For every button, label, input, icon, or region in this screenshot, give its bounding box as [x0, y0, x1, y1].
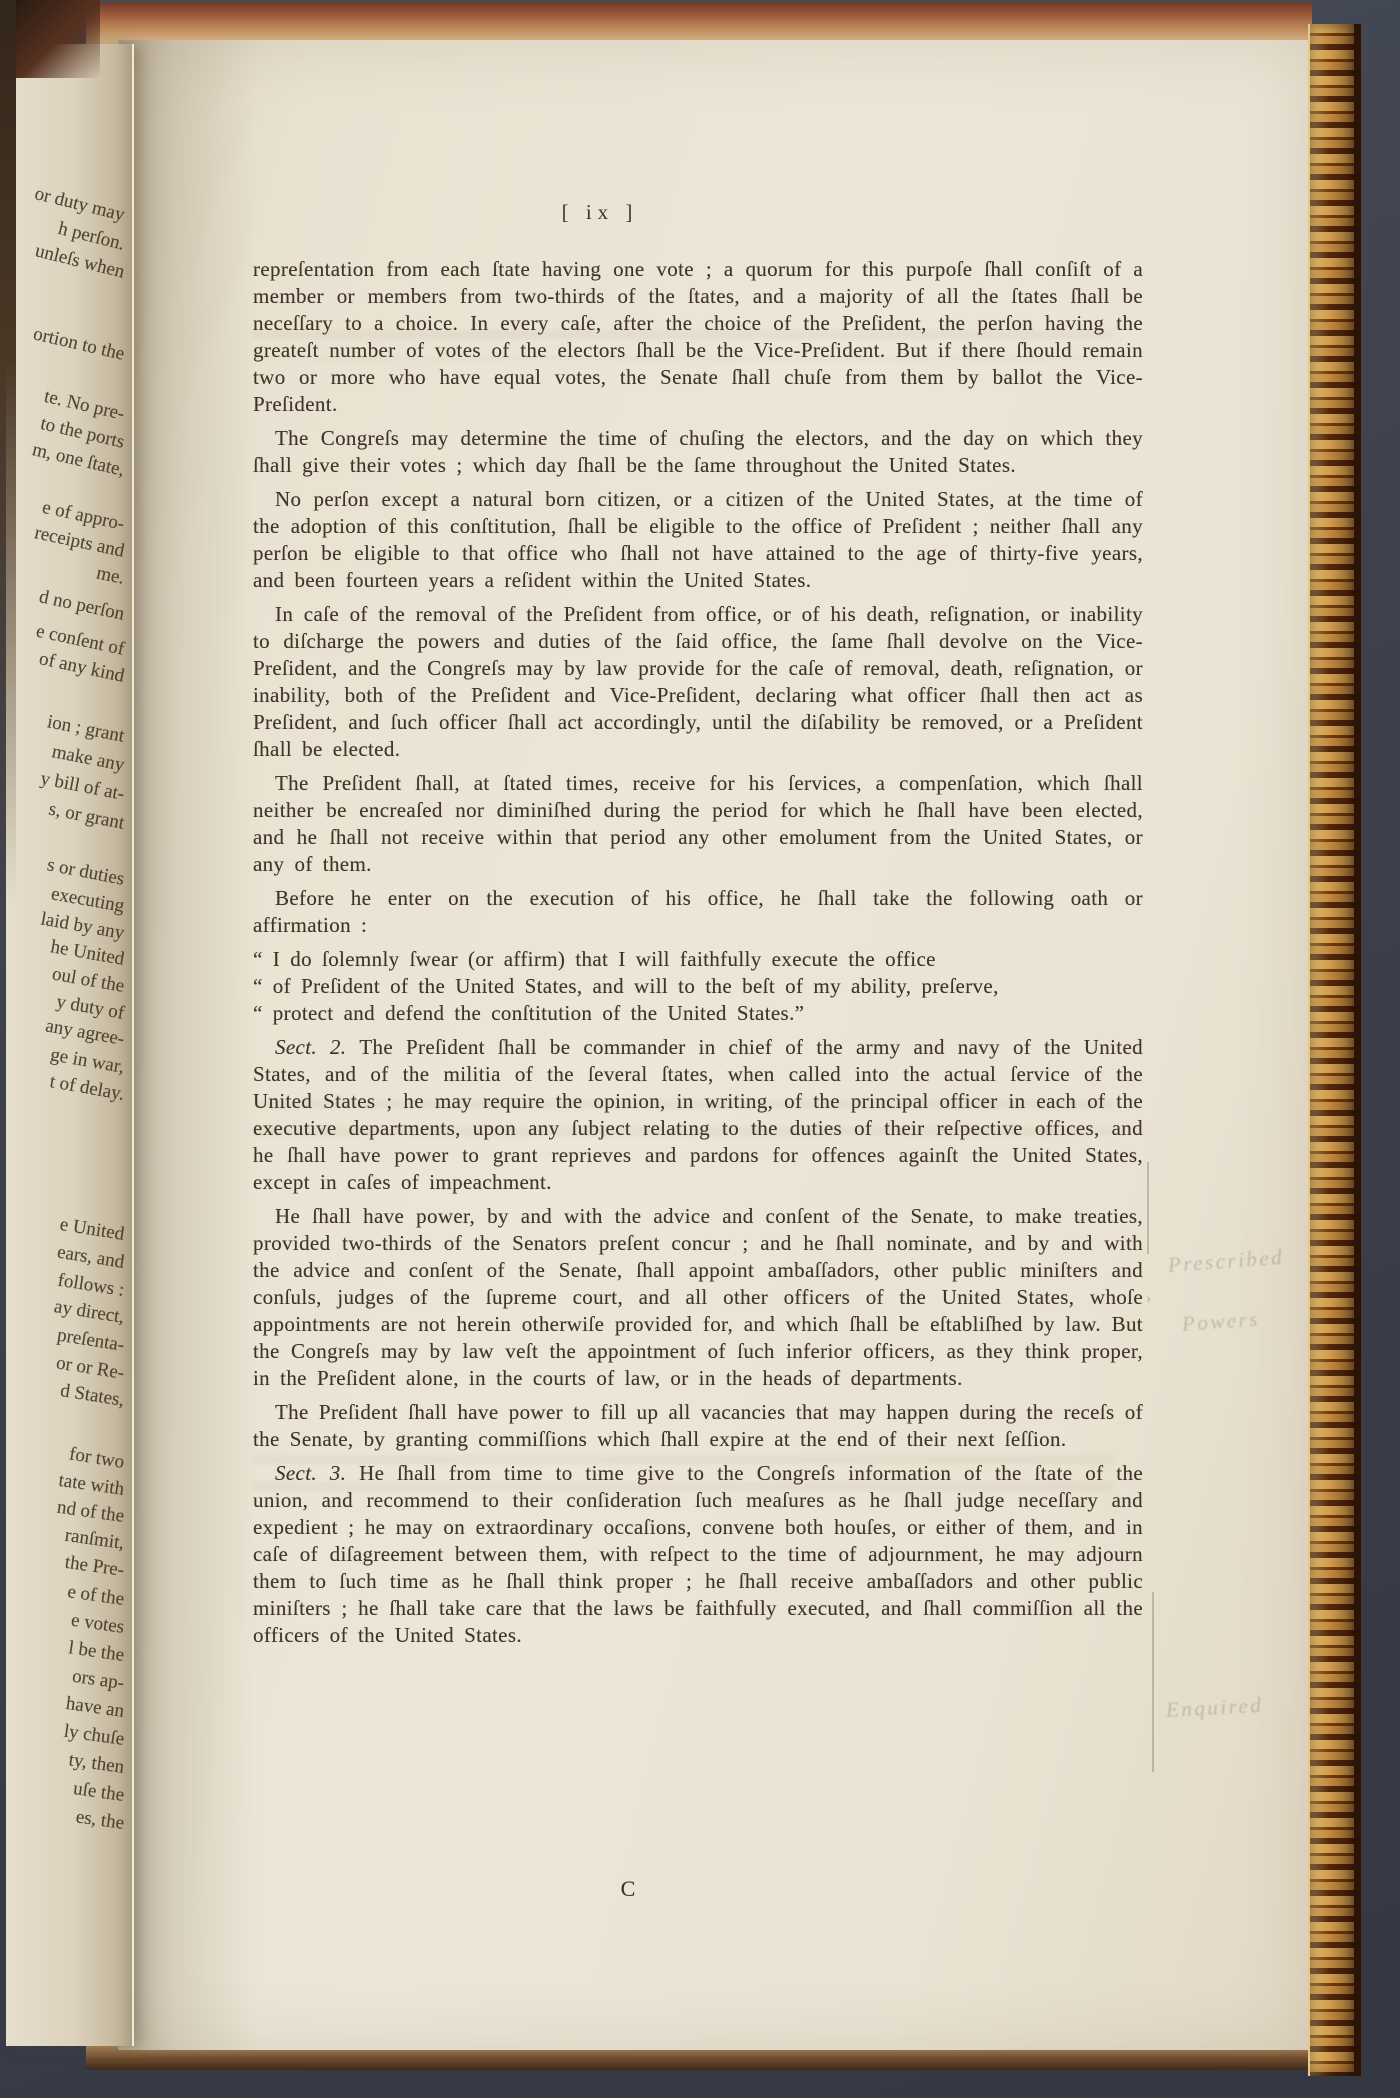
oath-line: “ I do ſolemnly ſwear (or affirm) that I…	[253, 946, 1143, 973]
gutter-shadow	[118, 40, 258, 2050]
pencil-rule-line	[1152, 1592, 1154, 1772]
signature-mark: C	[598, 1876, 658, 1902]
gilt-fore-edge	[1308, 24, 1361, 2076]
paragraph: The Congreſs may determine the time of c…	[253, 425, 1143, 479]
oath-line: “ of Preſident of the United States, and…	[253, 973, 1143, 1000]
pencil-caret-mark: ›	[1146, 1290, 1151, 1308]
oath-quote: “ I do ſolemnly ſwear (or affirm) that I…	[253, 946, 1143, 1027]
body-text: repreſentation from each ſtate having on…	[253, 256, 1143, 1656]
page-number-folio: [ ix ]	[500, 200, 700, 225]
section-paragraph: Sect. 2. The Preſident ſhall be commande…	[253, 1034, 1143, 1196]
book-top-edge	[86, 2, 1312, 44]
paragraph: The Preſident ſhall, at ſtated times, re…	[253, 770, 1143, 878]
paragraph: Before he enter on the execution of his …	[253, 885, 1143, 939]
paragraph: repreſentation from each ſtate having on…	[253, 256, 1143, 418]
section-label: Sect. 2.	[275, 1035, 359, 1059]
section-paragraph: Sect. 3. He ſhall from time to time give…	[253, 1460, 1143, 1649]
paragraph: No perſon except a natural born citizen,…	[253, 486, 1143, 594]
paragraph: In caſe of the removal of the Preſident …	[253, 601, 1143, 763]
paragraph: He ſhall have power, by and with the adv…	[253, 1203, 1143, 1392]
oath-line: “ protect and defend the conſtitution of…	[253, 1000, 1143, 1027]
section-label: Sect. 3.	[275, 1461, 359, 1485]
pencil-rule-line	[1147, 1162, 1149, 1254]
pencil-note: Enquired	[1165, 1693, 1264, 1723]
paragraph: The Preſident ſhall have power to fill u…	[253, 1399, 1143, 1453]
book-photograph: or duty mayh perſon.unleſs whenortion to…	[0, 0, 1400, 2098]
